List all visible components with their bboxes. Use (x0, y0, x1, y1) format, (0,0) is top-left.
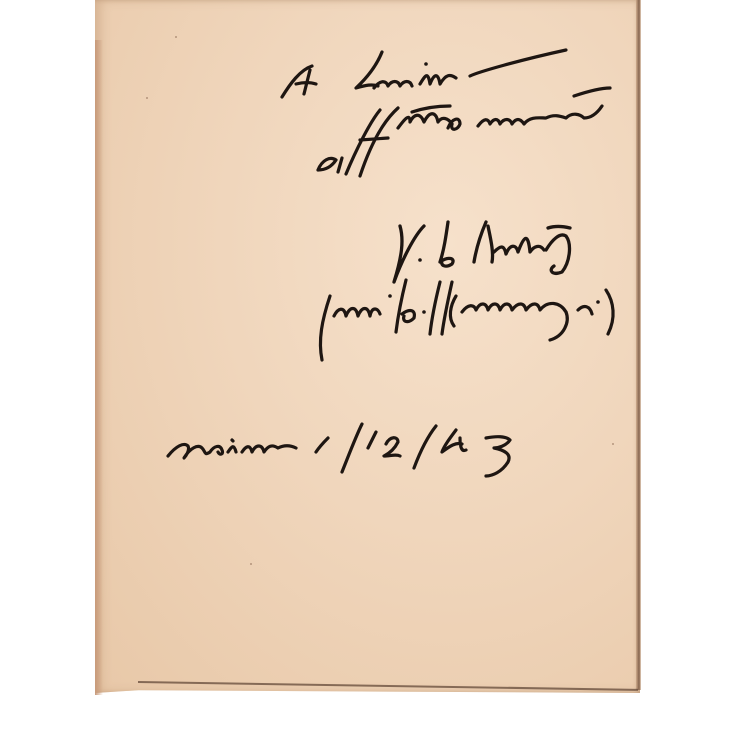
signature-note-strokes (320, 280, 613, 360)
signature-strokes (394, 222, 570, 282)
inscription-line-1-strokes (282, 50, 566, 97)
inscription-line-2-strokes (318, 88, 610, 176)
date-line-strokes (168, 424, 510, 476)
handwriting-ink (0, 0, 750, 750)
